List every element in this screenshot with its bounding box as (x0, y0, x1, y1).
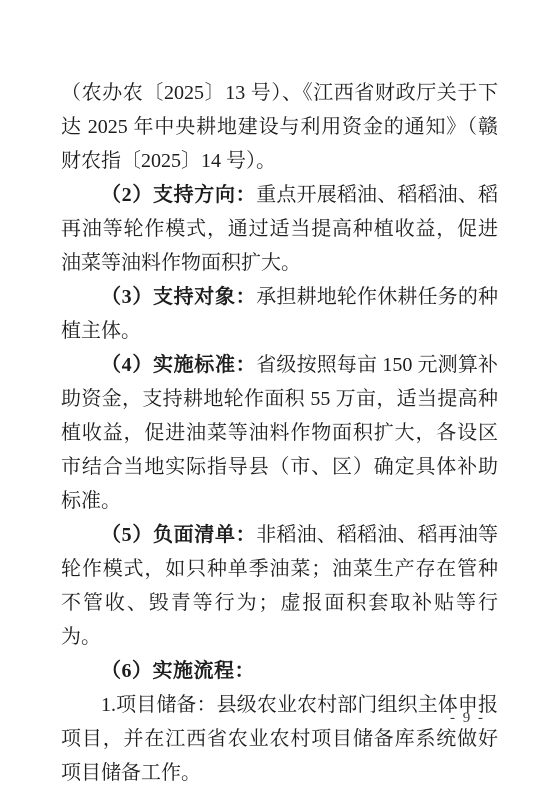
paragraph-label: 1.项目储备： (101, 694, 217, 716)
paragraph-implementation-process: （6）实施流程： (61, 654, 498, 688)
paragraph-implementation-standard: （4）实施标准：省级按照每亩 150 元测算补助资金，支持耕地轮作面积 55 万… (61, 348, 498, 518)
paragraph-label: （6）实施流程： (101, 660, 255, 682)
paragraph-label: （3）支持对象： (101, 286, 256, 308)
paragraph-label: （4）实施标准： (101, 354, 256, 376)
page-number: - 9 - (450, 708, 485, 728)
document-body: （农办农〔2025〕13 号）、《江西省财政厅关于下达 2025 年中央耕地建设… (61, 76, 498, 790)
paragraph-label: （5）负面清单： (101, 524, 256, 546)
paragraph-negative-list: （5）负面清单：非稻油、稻稻油、稻再油等轮作模式，如只种单季油菜；油菜生产存在管… (61, 518, 498, 654)
paragraph-text: （农办农〔2025〕13 号）、《江西省财政厅关于下达 2025 年中央耕地建设… (61, 82, 498, 172)
paragraph-text: 省级按照每亩 150 元测算补助资金，支持耕地轮作面积 55 万亩，适当提高种植… (61, 354, 498, 512)
paragraph-support-target: （3）支持对象：承担耕地轮作休耕任务的种植主体。 (61, 280, 498, 348)
paragraph-support-direction: （2）支持方向：重点开展稻油、稻稻油、稻再油等轮作模式，通过适当提高种植收益，促… (61, 178, 498, 280)
paragraph-document-references: （农办农〔2025〕13 号）、《江西省财政厅关于下达 2025 年中央耕地建设… (61, 76, 498, 178)
paragraph-project-reserve: 1.项目储备：县级农业农村部门组织主体申报项目，并在江西省农业农村项目储备库系统… (61, 688, 498, 790)
paragraph-label: （2）支持方向： (101, 184, 256, 206)
